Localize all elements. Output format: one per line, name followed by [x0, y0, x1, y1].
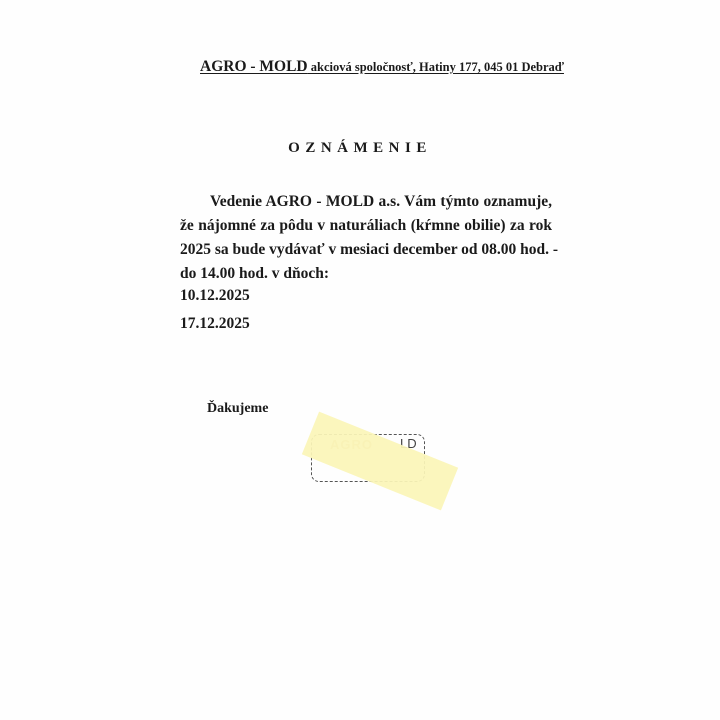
announcement-body: Vedenie AGRO - MOLD a.s. Vám týmto oznam… — [180, 190, 552, 286]
redaction-overlay — [302, 412, 458, 511]
company-header: AGRO - MOLD akciová spoločnosť, Hatiny 1… — [200, 58, 564, 76]
body-line: do 14.00 hod. v dňoch: — [180, 262, 552, 286]
body-line: Vedenie AGRO - MOLD a.s. Vám týmto oznam… — [180, 190, 552, 214]
body-line: 2025 sa bude vydávať v mesiaci december … — [180, 238, 552, 262]
closing-text: Ďakujeme — [207, 401, 268, 417]
distribution-date: 17.12.2025 — [180, 315, 250, 333]
body-line: že nájomné za pôdu v naturáliach (kŕmne … — [180, 214, 552, 238]
document-title: OZNÁMENIE — [0, 140, 720, 157]
company-name: AGRO - MOLD — [200, 58, 308, 75]
distribution-date: 10.12.2025 — [180, 287, 250, 305]
document-page: AGRO - MOLD akciová spoločnosť, Hatiny 1… — [0, 0, 720, 720]
company-address: akciová spoločnosť, Hatiny 177, 045 01 D… — [308, 60, 564, 74]
